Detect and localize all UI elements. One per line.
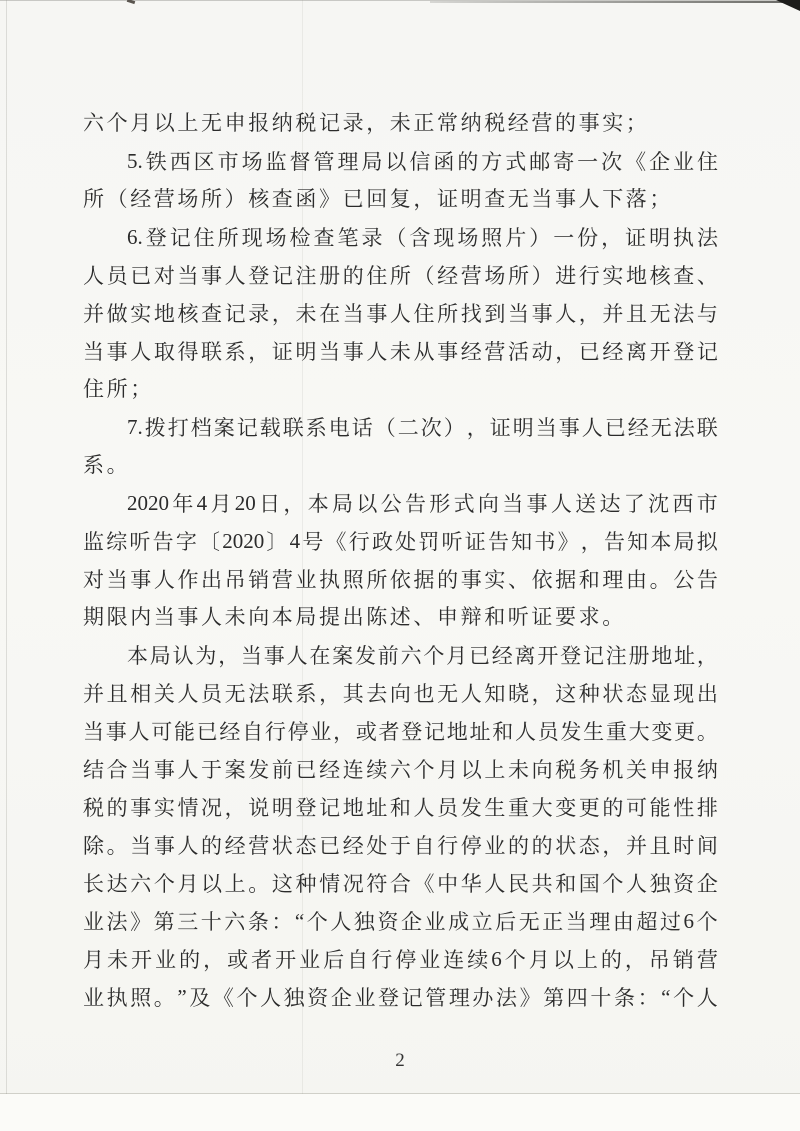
scan-artifact-top-edge-shadow bbox=[430, 1, 800, 3]
text-line: 5.铁西区市场监督管理局以信函的方式邮寄一次《企业住 bbox=[83, 142, 718, 180]
text-line: 本局认为，当事人在案发前六个月已经离开登记注册地址， bbox=[83, 636, 718, 674]
text-line: 所（经营场所）核查函》已回复，证明查无当事人下落； bbox=[83, 180, 718, 218]
text-line: 2020年4月20日，本局以公告形式向当事人送达了沈西市 bbox=[83, 484, 718, 522]
scan-artifact-corner-mark bbox=[776, 0, 800, 11]
text-line: 税的事实情况，说明登记地址和人员发生重大变更的可能性排 bbox=[83, 788, 718, 826]
document-page: 六个月以上无申报纳税记录，未正常纳税经营的事实；5.铁西区市场监督管理局以信函的… bbox=[0, 0, 800, 1131]
text-line: 期限内当事人未向本局提出陈述、申辩和听证要求。 bbox=[83, 598, 718, 636]
text-line: 业执照。”及《个人独资企业登记管理办法》第四十条：“个人 bbox=[83, 978, 718, 1016]
text-line: 对当事人作出吊销营业执照所依据的事实、依据和理由。公告 bbox=[83, 560, 718, 598]
document-body: 六个月以上无申报纳税记录，未正常纳税经营的事实；5.铁西区市场监督管理局以信函的… bbox=[83, 104, 718, 1016]
text-line: 当事人可能已经自行停业，或者登记地址和人员发生重大变更。 bbox=[83, 712, 718, 750]
page-number: 2 bbox=[0, 1048, 800, 1074]
text-line: 业法》第三十六条：“个人独资企业成立后无正当理由超过6个 bbox=[83, 902, 718, 940]
scan-artifact-bottom-strip bbox=[0, 1094, 800, 1131]
scan-artifact-bottom-edge bbox=[0, 1093, 800, 1094]
text-line: 并且相关人员无法联系，其去向也无人知晓，这种状态显现出 bbox=[83, 674, 718, 712]
scan-artifact-top-edge bbox=[0, 0, 800, 1]
text-line: 除。当事人的经营状态已经处于自行停业的的状态，并且时间 bbox=[83, 826, 718, 864]
text-line: 监综听告字〔2020〕4号《行政处罚听证告知书》，告知本局拟 bbox=[83, 522, 718, 560]
text-line: 六个月以上无申报纳税记录，未正常纳税经营的事实； bbox=[83, 104, 718, 142]
text-line: 7.拨打档案记载联系电话（二次），证明当事人已经无法联 bbox=[83, 408, 718, 446]
text-line: 长达六个月以上。这种情况符合《中华人民共和国个人独资企 bbox=[83, 864, 718, 902]
scan-artifact-left-edge bbox=[6, 0, 7, 1131]
text-line: 住所； bbox=[83, 370, 718, 408]
text-line: 人员已对当事人登记注册的住所（经营场所）进行实地核查、 bbox=[83, 256, 718, 294]
text-line: 并做实地核查记录，未在当事人住所找到当事人，并且无法与 bbox=[83, 294, 718, 332]
text-line: 月未开业的，或者开业后自行停业连续6个月以上的，吊销营 bbox=[83, 940, 718, 978]
text-line: 系。 bbox=[83, 446, 718, 484]
text-line: 当事人取得联系，证明当事人未从事经营活动，已经离开登记 bbox=[83, 332, 718, 370]
scan-artifact-top-tick bbox=[127, 0, 136, 4]
text-line: 结合当事人于案发前已经连续六个月以上未向税务机关申报纳 bbox=[83, 750, 718, 788]
text-line: 6.登记住所现场检查笔录（含现场照片）一份，证明执法 bbox=[83, 218, 718, 256]
